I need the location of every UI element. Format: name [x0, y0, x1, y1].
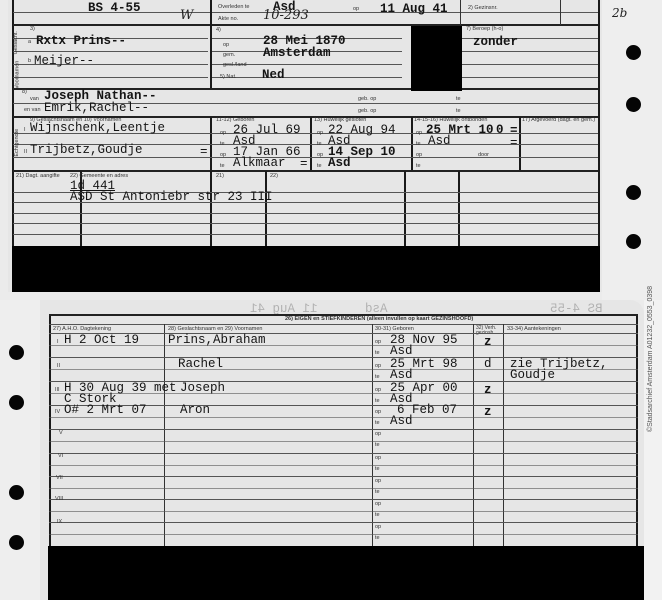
children-section-title: 26) EIGEN en STIEFKINDEREN (alleen invul… [285, 317, 473, 323]
child-1-te-label: te [375, 351, 380, 357]
nationality: Ned [262, 69, 285, 82]
child-3-verh: z [484, 384, 492, 397]
child-4-verh: z [484, 406, 492, 419]
col-notes-label: 33-34) Aantekeningen [507, 327, 561, 333]
frame-right [598, 0, 600, 246]
spouse-2-born-te-label: te [220, 164, 225, 170]
punch-hole [9, 345, 24, 360]
punch-hole [9, 535, 24, 550]
child-2-name: Rachel [178, 358, 223, 371]
handwritten-w: W [180, 8, 193, 23]
marriage-2-op-label: op [317, 153, 323, 159]
child-1-born-place: Asd [390, 345, 413, 358]
birth-gem-label: gem. [223, 53, 235, 59]
col-21-label: 21) [216, 174, 224, 180]
child-3-name: Joseph [180, 382, 225, 395]
child-roman-2: II [57, 364, 60, 370]
child-roman-4: IV [55, 410, 60, 416]
punch-hole [9, 485, 24, 500]
spouse-1-name: Wijnschenk,Leentje [30, 122, 165, 135]
dissolved-1-eq2: = [510, 137, 518, 150]
child-4-aho: O# 2 Mrt 07 [64, 404, 147, 417]
father-te-label: te [456, 97, 461, 103]
child-9-op-label: op [375, 525, 381, 531]
nat-label: 5) Nat. [220, 75, 237, 81]
marriage-1-te-label: te [317, 142, 322, 148]
surname-prefix: a [28, 40, 31, 46]
birth-place: Amsterdam [263, 47, 331, 60]
beroep-label: 7) Beroep (h-o) [466, 27, 503, 33]
maiden-name: Meijer-- [34, 55, 94, 68]
child-5-op-label: op [375, 432, 381, 438]
child-8-te-label: te [375, 513, 380, 519]
child-6-te-label: te [375, 467, 380, 473]
col-aho-label: 27) A.H.O. Dagtekening [53, 327, 111, 333]
spouse-2-born-place: Alkmaar [233, 157, 286, 170]
child-5-te-label: te [375, 443, 380, 449]
col-child-born-label: 30-31) Geboren [375, 327, 414, 333]
dissolved-2-door-label: door [478, 153, 489, 159]
spouse-1-born-te-label: te [220, 142, 225, 148]
punch-hole [626, 234, 641, 249]
dissolved-1-te-label: te [416, 142, 421, 148]
child-8-op-label: op [375, 502, 381, 508]
child-2-note-2: Goudje [510, 369, 555, 382]
side-label-echtgenote: Echtgenote [15, 129, 21, 157]
dissolved-1-place: Asd [428, 135, 451, 148]
child-1-aho: H 2 Oct 19 [64, 334, 139, 347]
redaction-photo [411, 26, 462, 91]
field-4-label: 4) [216, 28, 221, 34]
child-roman-1: I [57, 340, 59, 346]
occupation: zonder [473, 36, 518, 49]
child-3-te-label: te [375, 399, 380, 405]
card-reference: BS 4-55 [88, 2, 141, 15]
field-8-label: 8) [22, 90, 27, 96]
dissolved-1-op-label: op [416, 131, 422, 137]
col-child-name-label: 28) Geslachtsnaam en 29) Voornamen [168, 327, 262, 333]
child-6-op-label: op [375, 456, 381, 462]
child-4-op-label: op [375, 410, 381, 416]
child-7-op-label: op [375, 479, 381, 485]
marriage-1-op-label: op [317, 131, 323, 137]
death-date: 11 Aug 41 [380, 3, 448, 16]
child-2-op-label: op [375, 364, 381, 370]
mother-name: Emrik,Rachel-- [44, 102, 149, 115]
dissolved-1-door: 0 [496, 124, 504, 137]
child-2-verh: d [484, 358, 492, 371]
child-2-born-place: Asd [390, 369, 413, 382]
akte-label: Akte no. [218, 17, 238, 23]
dissolved-2-te-label: te [416, 164, 421, 170]
marriage-2-te-label: te [317, 164, 322, 170]
watermark: ©Stadsarchief Amsterdam A01232_0553_0398 [647, 286, 654, 432]
child-roman-3: III [55, 388, 60, 394]
redaction-top-bottom [12, 246, 600, 292]
spouse-2-eq: = [200, 146, 208, 159]
spouse-1-born-op-label: op [220, 131, 226, 137]
birth-op-label: op [223, 43, 229, 49]
top-card: BS 4-55 W Overleden te Asd op 11 Aug 41 … [8, 0, 602, 292]
child-7-te-label: te [375, 490, 380, 496]
marriage-2-place: Asd [328, 157, 351, 170]
redaction-bottom [48, 546, 644, 600]
death-op-label: op [353, 7, 359, 13]
child-1-verh: z [484, 336, 492, 349]
section-label-voornamen: Voornamen [15, 61, 21, 89]
father-label: van [30, 97, 39, 103]
child-9-te-label: te [375, 536, 380, 542]
punch-hole [626, 97, 641, 112]
marriage-roman-2: II [24, 150, 27, 156]
col-removed-label: 17) Afgevoerd (dagt. en gem.) [522, 118, 595, 124]
punch-hole [626, 185, 641, 200]
child-1-name: Prins,Abraham [168, 334, 266, 347]
overleden-te-label: Overleden te [218, 5, 250, 11]
address-line-2: ASD St Antoniebr str 23 III [70, 191, 273, 204]
mother-te-label: te [456, 109, 461, 115]
child-roman-8: VIII [55, 497, 63, 503]
gezinsnr-label: 2) Gezinsnr. [468, 6, 498, 12]
field-3-label: 3) [30, 27, 35, 33]
maiden-prefix: b [28, 59, 31, 65]
birth-land-label: gesl./land [223, 63, 247, 69]
bottom-card: BS 4-55 Asd 11 Aug 41 26) EIGEN en STIEF… [40, 300, 644, 600]
section-label-geslacht: Geslacht. [14, 31, 20, 54]
col-dagt-label: 21) Dagt. aangifte [16, 174, 60, 180]
punch-hole [626, 45, 641, 60]
dissolved-2-op-label: op [416, 153, 422, 159]
child-4-name: Aron [180, 404, 210, 417]
punch-hole [9, 395, 24, 410]
akte-number: 10-293 [263, 8, 309, 23]
child-roman-5: V [59, 431, 63, 437]
child-1-op-label: op [375, 340, 381, 346]
child-3-op-label: op [375, 388, 381, 394]
surname: Rxtx Prins-- [36, 35, 126, 48]
child-4-born-place: Asd [390, 415, 413, 428]
spouse-2-name: Trijbetz,Goudje [30, 144, 143, 157]
mother-geb-op-label: geb. op [358, 109, 376, 115]
marriage-roman-1: I [24, 128, 26, 134]
father-geb-op-label: geb. op [358, 97, 376, 103]
spouse-2-born-eq: = [300, 158, 308, 171]
corner-mark-top: 2b [612, 6, 627, 20]
child-roman-7: VII [56, 476, 63, 482]
mother-label: en van [24, 108, 41, 114]
child-2-te-label: te [375, 375, 380, 381]
child-roman-9: IX [57, 520, 62, 526]
col-22-label: 22) [270, 174, 278, 180]
spouse-2-born-op-label: op [220, 153, 226, 159]
child-roman-6: VI [58, 454, 63, 460]
child-4-te-label: te [375, 421, 380, 427]
